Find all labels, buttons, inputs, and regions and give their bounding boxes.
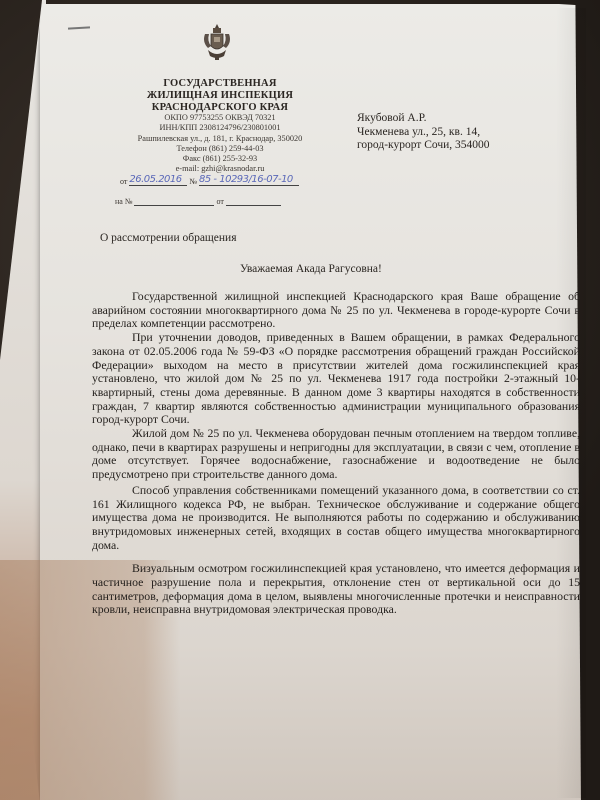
paragraph: Жилой дом № 25 по ул. Чекменева оборудов… <box>92 427 580 482</box>
fax: Факс (861) 255-32-93 <box>110 154 330 164</box>
organization-name: ГОСУДАРСТВЕННАЯ ЖИЛИЩНАЯ ИНСПЕКЦИЯ КРАСН… <box>120 78 320 114</box>
incoming-date-field <box>226 196 281 206</box>
recipient-city: город-курорт Сочи, 354000 <box>357 139 490 153</box>
incoming-number-field <box>134 196 214 206</box>
handwritten-date: 26.05.2016 <box>129 174 181 185</box>
outgoing-number-field: 85 - 10293/16-07-10 <box>199 174 299 186</box>
recipient-street: Чекменева ул., 25, кв. 14, <box>357 126 490 140</box>
inn-kpp: ИНН/КПП 2308124796/230801001 <box>110 123 330 133</box>
paragraph: Способ управления собственниками помещен… <box>92 484 580 553</box>
org-name-line: ЖИЛИЩНАЯ ИНСПЕКЦИЯ <box>120 90 320 102</box>
paragraph: При уточнении доводов, приведенных в Ваш… <box>92 331 580 427</box>
recipient-block: Якубовой А.Р. Чекменева ул., 25, кв. 14,… <box>357 112 490 153</box>
org-name-line: ГОСУДАРСТВЕННАЯ <box>120 78 320 90</box>
salutation: Уважаемая Акада Рагусовна! <box>240 263 382 275</box>
organization-details: ОКПО 97753255 ОКВЭД 70321 ИНН/КПП 230812… <box>110 113 330 175</box>
subject-line: О рассмотрении обращения <box>100 232 237 244</box>
paragraph: Визуальным осмотром госжилинспекцией кра… <box>92 562 580 617</box>
from-label: от <box>120 177 127 186</box>
paragraph: Государственной жилищной инспекцией Крас… <box>92 290 580 331</box>
outgoing-date-field: 26.05.2016 <box>129 174 187 186</box>
from-label: от <box>216 197 223 206</box>
coat-of-arms-icon <box>200 22 234 62</box>
handwritten-number: 85 - 10293/16-07-10 <box>199 174 293 185</box>
address: Рашпилевская ул., д. 181, г. Краснодар, … <box>110 134 330 144</box>
recipient-name: Якубовой А.Р. <box>357 112 490 126</box>
okpo-okved: ОКПО 97753255 ОКВЭД 70321 <box>110 113 330 123</box>
outgoing-reference: от 26.05.2016 № 85 - 10293/16-07-10 <box>120 174 299 186</box>
number-label: № <box>189 177 197 186</box>
incoming-reference: на № от <box>115 196 281 206</box>
phone: Телефон (861) 259-44-03 <box>110 144 330 154</box>
on-number-label: на № <box>115 197 132 206</box>
letter-body: Государственной жилищной инспекцией Крас… <box>92 290 580 617</box>
